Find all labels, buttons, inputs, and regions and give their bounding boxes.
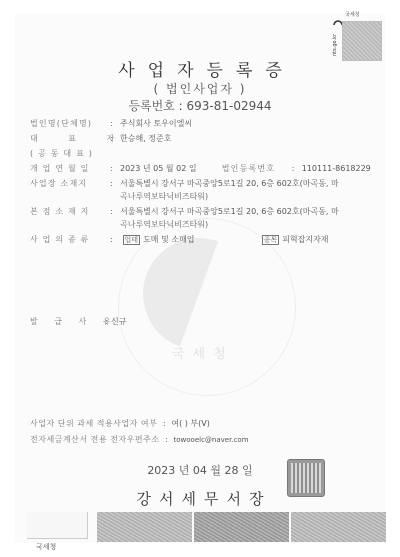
field-label: 본 점 소 재 지 bbox=[30, 206, 110, 217]
registration-number: 등록번호 : 693-81-02944 bbox=[0, 97, 400, 114]
taegeuk-icon bbox=[143, 238, 255, 350]
field-value: 2023 년 05 월 02 일 bbox=[120, 164, 197, 173]
field-value: 한승해, 정준호 bbox=[120, 134, 171, 143]
field-corporate-name: 법인명(단체명):주식회사 토우이엘씨 bbox=[30, 118, 192, 129]
field-label: ( 공 동 대 표 ) bbox=[30, 148, 110, 159]
field-label: 사 업 의 종 류 bbox=[30, 234, 110, 245]
field-head-office-address-cont: 곡나루역보타닉비즈타워) bbox=[120, 219, 208, 230]
field-head-office-address: 본 점 소 재 지:서울특별시 강서구 마곡중앙5로1길 20, 6층 602호… bbox=[30, 206, 339, 217]
corp-reg-value: 110111-8618229 bbox=[302, 164, 371, 173]
field-business-address: 사업장 소재지:서울특별시 강서구 마곡중앙5로1길 20, 6층 602호(마… bbox=[30, 178, 339, 189]
document-title: 사업자등록증 bbox=[0, 56, 400, 81]
field-label: 개 업 연 월 일 bbox=[30, 163, 110, 174]
field-opening-date: 개 업 연 월 일:2023 년 05 월 02 일 법인등록번호:110111… bbox=[30, 163, 371, 174]
verification-code bbox=[342, 21, 382, 61]
security-pattern bbox=[97, 512, 192, 542]
item-value: 피혁잡지자재 bbox=[282, 235, 328, 244]
document-subtitle: ( 법인사업자 ) bbox=[0, 80, 400, 97]
field-label: 사업자 단위 과세 적용사업자 여부 bbox=[30, 418, 157, 429]
field-tax-invoice-email: 전자세금계산서 전용 전자우편주소:towooelc@naver.com bbox=[30, 434, 249, 445]
blank-box bbox=[27, 512, 88, 539]
item-tag: 종목 bbox=[262, 235, 280, 245]
field-value: 여( ) 부(V) bbox=[171, 419, 210, 428]
field-value: 서울특별시 강서구 마곡중앙5로1길 20, 6층 602호(마곡동, 마 bbox=[120, 207, 339, 216]
qr-url: nts.go.kr bbox=[332, 22, 338, 56]
security-pattern bbox=[291, 512, 386, 542]
field-label: 사업장 소재지 bbox=[30, 178, 110, 189]
business-type-tag: 업태 bbox=[123, 235, 141, 245]
field-label: 법인명(단체명) bbox=[30, 118, 110, 129]
field-label: 발 급 사 유 bbox=[30, 316, 105, 327]
field-value: 서울특별시 강서구 마곡중앙5로1길 20, 6층 602호(마곡동, 마 bbox=[120, 179, 339, 188]
field-label: 대 표 자 bbox=[30, 133, 110, 144]
security-pattern bbox=[194, 512, 289, 542]
field-business-type: 사 업 의 종 류: 업태도매 및 소매업 종목피혁잡지자재 bbox=[30, 234, 329, 245]
qr-org-label: 국세청 bbox=[345, 11, 360, 18]
field-value: 주식회사 토우이엘씨 bbox=[120, 119, 192, 128]
footer-org-label: 국세청 bbox=[36, 542, 56, 552]
field-business-address-cont: 곡나루역보타닉비즈타워) bbox=[120, 191, 208, 202]
field-unit-taxation: 사업자 단위 과세 적용사업자 여부:여( ) 부(V) bbox=[30, 418, 210, 429]
corp-reg-label: 법인등록번호 bbox=[222, 163, 292, 174]
field-value: 신규 bbox=[111, 317, 126, 326]
issue-date: 2023 년 04 월 28 일 bbox=[0, 462, 400, 478]
field-issue-reason: 발 급 사 유:신규 bbox=[30, 316, 126, 327]
field-joint-representative: ( 공 동 대 표 ) bbox=[30, 148, 110, 159]
field-representative: 대 표 자:한승해, 정준호 bbox=[30, 133, 171, 144]
field-label: 전자세금계산서 전용 전자우편주소 bbox=[30, 434, 160, 445]
nts-logo-icon bbox=[333, 11, 343, 17]
field-value: towooelc@naver.com bbox=[174, 436, 249, 444]
business-type-value: 도매 및 소매업 bbox=[143, 235, 194, 244]
watermark-text: 국세청 bbox=[172, 343, 234, 362]
issuing-office: 강서세무서장 bbox=[0, 488, 400, 509]
official-seal-icon bbox=[287, 459, 325, 497]
